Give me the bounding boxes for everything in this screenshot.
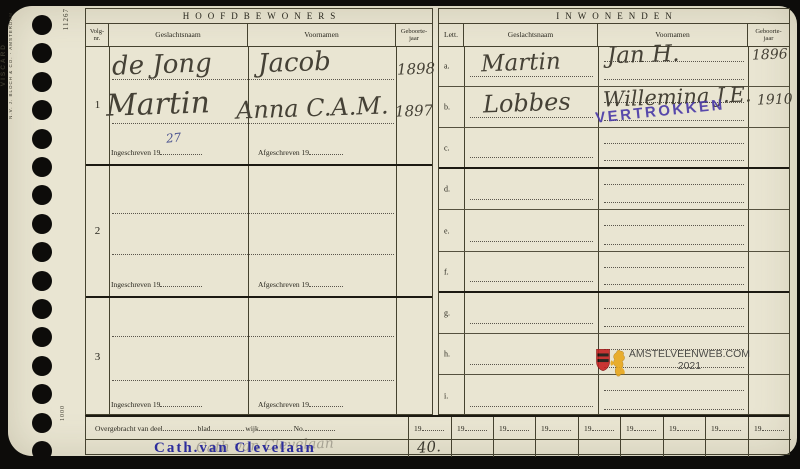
dotted-fill [465,423,487,431]
surname-cell: Martin [464,46,599,86]
birthyear-cell: 1896 [748,46,789,86]
column-divider [396,298,397,416]
letter-label: d. [444,185,450,194]
inwonenden-row-b: b. Lobbes Willemina J.E. 1910 VERTROKKEN [439,87,789,128]
dotted-fill [634,423,656,431]
afgeschreven-label: Afgeschreven 19 [258,147,343,157]
col-voornamen-label: Voornamen [304,31,338,39]
column-divider [248,166,249,296]
inwonenden-row-g: g. [439,293,789,334]
dotted-line [112,380,394,381]
letter-label: e. [444,226,450,235]
birthyear-cell [748,252,789,291]
dotted-fill [211,423,244,431]
letter-label: a. [444,62,450,71]
ingeschreven-label: Ingeschreven 19 [111,399,202,409]
birthyear-cell [748,169,789,209]
afgeschreven-text: Afgeschreven 19 [258,400,309,409]
lion-icon [609,348,627,378]
inwonenden-title: INWONENDEN [439,9,789,24]
firstnames-cell [598,375,749,416]
dotted-fill [160,147,202,155]
hoofdbewoners-title: HOOFDBEWONERS [86,9,432,24]
inwonenden-row-d: d. [439,169,789,210]
handwritten-birthyear: 1896 [752,47,788,62]
amstelveenweb-watermark: AMSTELVEENWEB.COM 2021 [596,348,750,378]
overgebracht-line: Overgebracht van deel blad wijk No. [86,417,408,439]
firstnames-cell [598,252,749,291]
dotted-line [112,254,394,255]
col-geslachtsnaam-label: Geslachtsnaam [508,31,553,39]
year-label: 19 [414,424,422,433]
birthyear-cell [748,128,789,167]
col-voornamen: Voornamen [248,23,396,46]
year-entry-cell [748,439,791,457]
year-label: 19 [541,424,549,433]
punch-hole [32,413,52,433]
birthyear-cell: 1910 [748,87,789,127]
dotted-fill [507,423,529,431]
hoofdbewoners-row-3: 3 Ingeschreven 19 Afgeschreven 19 [86,298,432,416]
year-entry-cell: 40. [408,439,451,457]
dotted-fill [719,423,741,431]
surname-cell [464,169,599,209]
col-volgnr-l2: nr. [94,35,101,42]
afgeschreven-label: Afgeschreven 19 [258,399,343,409]
col-lett: Lett. [439,23,464,46]
scanned-register-card: 11267 VISCARD N.V. J. BLOCH & CO. - AMST… [0,0,800,469]
year-cell: 19 [663,417,705,439]
year-entry-cell [493,439,535,457]
col-voornamen-label: Voornamen [655,31,689,39]
birthyear-cell [748,334,789,374]
firstnames-cell [598,293,749,333]
year-entry-cell [578,439,620,457]
year-cell: 19 [408,417,451,439]
brand-subtext: N.V. J. BLOCH & CO. - AMSTERDAM [8,12,13,119]
column-divider [109,298,110,416]
serial-number-bottom: 1000 [60,405,66,421]
year-cell: 19 [451,417,493,439]
punch-hole [32,356,52,376]
year-cell: 19 [620,417,663,439]
handwritten-firstname: Anna C.A.M. [236,93,389,122]
year-entry-cell [535,439,578,457]
punch-hole [32,299,52,319]
year-label: 19 [754,424,762,433]
firstnames-cell [598,210,749,251]
afgeschreven-label: Afgeschreven 19 [258,279,343,289]
year-cell: 19 [705,417,748,439]
surname-cell [464,128,599,167]
birthyear-cell [748,210,789,251]
inwonenden-row-a: a. Martin Jan H. 1896 [439,46,789,87]
handwritten-birthyear: 1910 [757,92,793,107]
hoofdbewoners-column-headers: Volg- nr. Geslachtsnaam Voornamen Geboor… [86,23,432,47]
col-geboortejaar-l2: jaar [409,35,419,42]
firstnames-cell: Jan H. [598,46,749,86]
col-geboortejaar: Geboorte- jaar [748,23,789,46]
surname-cell [464,252,599,291]
dotted-fill [160,399,202,407]
brand-name: VISCARD [0,43,7,86]
punch-hole [32,15,52,35]
col-geslachtsnaam: Geslachtsnaam [464,23,598,46]
letter-label: h. [444,350,450,359]
col-lett-label: Lett. [444,31,458,39]
dotted-fill [259,423,292,431]
ingeschreven-text: Ingeschreven 19 [111,400,160,409]
dotted-fill [160,279,202,287]
surname-cell [464,293,599,333]
hoofdbewoners-section: HOOFDBEWONERS Volg- nr. Geslachtsnaam Vo… [85,8,433,415]
firstnames-cell [598,128,749,167]
col-geboortejaar: Geboorte- jaar [396,23,432,46]
surname-cell: Lobbes [464,87,599,127]
dotted-line [112,336,394,337]
watermark-year: 2021 [629,360,750,372]
handwritten-firstname: Jacob [258,49,332,78]
amstelveen-shield-icon [596,348,610,372]
dotted-fill [592,423,614,431]
watermark-text: AMSTELVEENWEB.COM 2021 [629,348,750,372]
handwritten-house-number: 40. [416,437,441,457]
street-stamp: Cath.van Clevelaan [154,440,316,457]
handwritten-surname: de Jong [112,50,213,79]
letter-label: c. [444,143,450,152]
afgeschreven-text: Afgeschreven 19 [258,148,309,157]
column-divider [109,166,110,296]
year-entry-cell [663,439,705,457]
dotted-fill [677,423,699,431]
volgnr-label: 2 [86,225,109,237]
watermark-site: AMSTELVEENWEB.COM [629,348,750,360]
punch-hole [32,129,52,149]
punch-hole [32,214,52,234]
blad-label: blad [198,424,211,433]
wijk-label: wijk [245,424,258,433]
column-divider [396,166,397,296]
surname-cell [464,334,599,374]
handwritten-firstname: Jan H. [607,43,680,69]
ingeschreven-text: Ingeschreven 19 [111,148,160,157]
col-geboortejaar-l1: Geboorte- [401,28,427,35]
punch-hole [32,72,52,92]
birthyear-cell [748,293,789,333]
footer-band: Overgebracht van deel blad wijk No. Cath… [85,415,790,455]
surname-cell [464,375,599,416]
ingeschreven-label: Ingeschreven 19 [111,147,202,157]
handwritten-surname: Lobbes [483,89,571,116]
dotted-fill [163,423,196,431]
year-label: 19 [626,424,634,433]
punch-hole [32,441,52,461]
volgnr-label: 3 [86,351,109,363]
year-cell: 19 [748,417,791,439]
dotted-fill [305,423,335,431]
col-volgnr: Volg- nr. [86,23,109,46]
handwritten-surname: Martin [106,88,211,122]
hoofdbewoners-row-2: 2 Ingeschreven 19 Afgeschreven 19 [86,166,432,298]
year-label: 19 [584,424,592,433]
column-divider [248,298,249,416]
col-geboortejaar-l1: Geboorte- [755,28,781,35]
inwonenden-row-i: i. [439,375,789,416]
dotted-line [112,213,394,214]
year-label: 19 [711,424,719,433]
letter-label: f. [444,267,449,276]
year-label: 19 [457,424,465,433]
letter-label: i. [444,391,448,400]
col-geslachtsnaam: Geslachtsnaam [109,23,248,46]
year-cell: 19 [535,417,578,439]
inwonenden-row-f: f. [439,252,789,293]
dotted-fill [549,423,571,431]
afgeschreven-text: Afgeschreven 19 [258,280,309,289]
serial-number-top: 11267 [62,8,70,30]
inwonenden-row-c: c. [439,128,789,169]
handwritten-birthyear: 1898 [397,61,436,77]
year-entry-cell [451,439,493,457]
year-entry-cell [705,439,748,457]
handwritten-surname: Martin [481,51,561,77]
overgebracht-label: Overgebracht van deel [95,424,163,433]
no-label: No. [294,424,305,433]
year-cell: 19 [578,417,620,439]
surname-cell [464,210,599,251]
punch-hole [32,157,52,177]
punch-hole [32,271,52,291]
dotted-fill [309,279,343,287]
birthyear-cell [748,375,789,416]
year-cell: 19 [493,417,535,439]
dotted-fill [762,423,784,431]
hoofdbewoners-row-1: 1 de Jong Jacob 1898 Martin Anna C.A.M. … [86,46,432,166]
dotted-fill [309,399,343,407]
inwonenden-row-e: e. [439,210,789,252]
ingeschreven-label: Ingeschreven 19 [111,279,202,289]
letter-label: g. [444,309,450,318]
street-cell: Cath van Clevelaan Cath.van Clevelaan [86,439,408,457]
letter-label: b. [444,103,450,112]
year-entry-cell [620,439,663,457]
year-label: 19 [669,424,677,433]
col-volgnr-l1: Volg- [90,28,104,35]
col-geboortejaar-l2: jaar [764,35,774,42]
col-geslachtsnaam-label: Geslachtsnaam [155,31,200,39]
ingeschreven-text: Ingeschreven 19 [111,280,160,289]
year-label: 19 [499,424,507,433]
handwritten-year-registered: 27 [165,131,181,145]
dotted-fill [422,423,444,431]
handwritten-birthyear: 1897 [395,103,434,119]
dotted-fill [309,147,343,155]
firstnames-cell [598,169,749,209]
